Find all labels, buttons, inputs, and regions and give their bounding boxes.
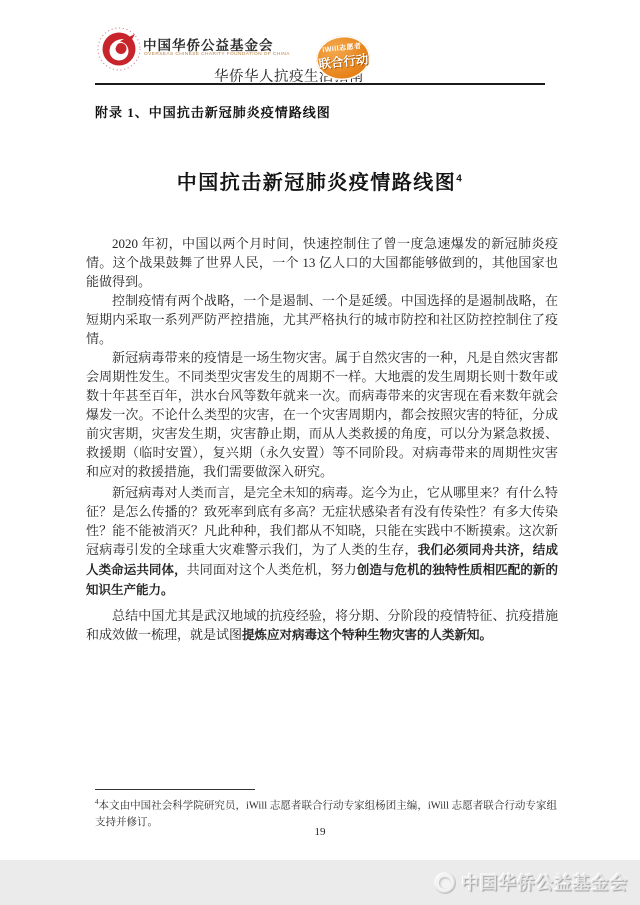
document-page: 中国华侨公益基金会 OVERSEAS CHINESE CHARITY FOUND… bbox=[0, 0, 640, 905]
foundation-logo-icon bbox=[96, 24, 142, 74]
watermark-text: 中国华侨公益基金会 bbox=[462, 870, 629, 895]
org-name-en: OVERSEAS CHINESE CHARITY FOUNDATION OF C… bbox=[144, 52, 290, 57]
body-text-segment: 控制疫情有两个战略，一个是遏制、一个是延缓。中国选择的是遏制战略，在短期内采取一… bbox=[86, 293, 558, 346]
doc-title: 中国抗击新冠肺炎疫情路线图4 bbox=[0, 166, 640, 195]
body-text-segment: 2020 年初，中国以两个月时间，快速控制住了曾一度急速爆发的新冠肺炎疫情。这个… bbox=[86, 236, 558, 289]
body-text-segment: 新冠病毒带来的疫情是一场生物灾害。属于自然灾害的一种，凡是自然灾害都会周期性发生… bbox=[86, 350, 558, 479]
paragraph: 控制疫情有两个战略，一个是遏制、一个是延缓。中国选择的是遏制战略，在短期内采取一… bbox=[86, 291, 558, 348]
paragraph: 新冠病毒带来的疫情是一场生物灾害。属于自然灾害的一种，凡是自然灾害都会周期性发生… bbox=[86, 348, 558, 481]
body-paragraphs: 2020 年初，中国以两个月时间，快速控制住了曾一度急速爆发的新冠肺炎疫情。这个… bbox=[86, 234, 558, 645]
paragraph: 新冠病毒对人类而言，是完全未知的病毒。迄今为止，它从哪里来？有什么特征？是怎么传… bbox=[86, 483, 558, 600]
footnote-text: 本文由中国社会科学院研究员，iWill 志愿者联合行动专家组杨团主编，iWill… bbox=[95, 801, 557, 828]
paragraph: 2020 年初，中国以两个月时间，快速控制住了曾一度急速爆发的新冠肺炎疫情。这个… bbox=[86, 234, 558, 291]
body-text-segment: 共同面对这个人类危机，努力 bbox=[187, 562, 357, 577]
watermark: 中国华侨公益基金会 bbox=[434, 870, 629, 895]
doc-title-text: 中国抗击新冠肺炎疫情路线图 bbox=[177, 172, 457, 194]
emphasis-text: 提炼应对病毒这个特种生物灾害的人类新知。 bbox=[242, 628, 492, 642]
appendix-heading: 附录 1、中国抗击新冠肺炎疫情路线图 bbox=[95, 102, 331, 121]
paragraph: 总结中国尤其是武汉地域的抗疫经验，将分期、分阶段的疫情特征、抗疫措施和成效做一梳… bbox=[86, 606, 558, 645]
iwill-badge-icon: iWill志愿者 联合行动 bbox=[314, 33, 372, 82]
footnote-rule bbox=[95, 789, 255, 790]
header-rule bbox=[95, 83, 545, 85]
title-superscript: 4 bbox=[456, 173, 463, 184]
watermark-logo-icon bbox=[434, 872, 456, 894]
page-number: 19 bbox=[0, 826, 640, 838]
org-name: 中国华侨公益基金会 bbox=[143, 34, 274, 54]
